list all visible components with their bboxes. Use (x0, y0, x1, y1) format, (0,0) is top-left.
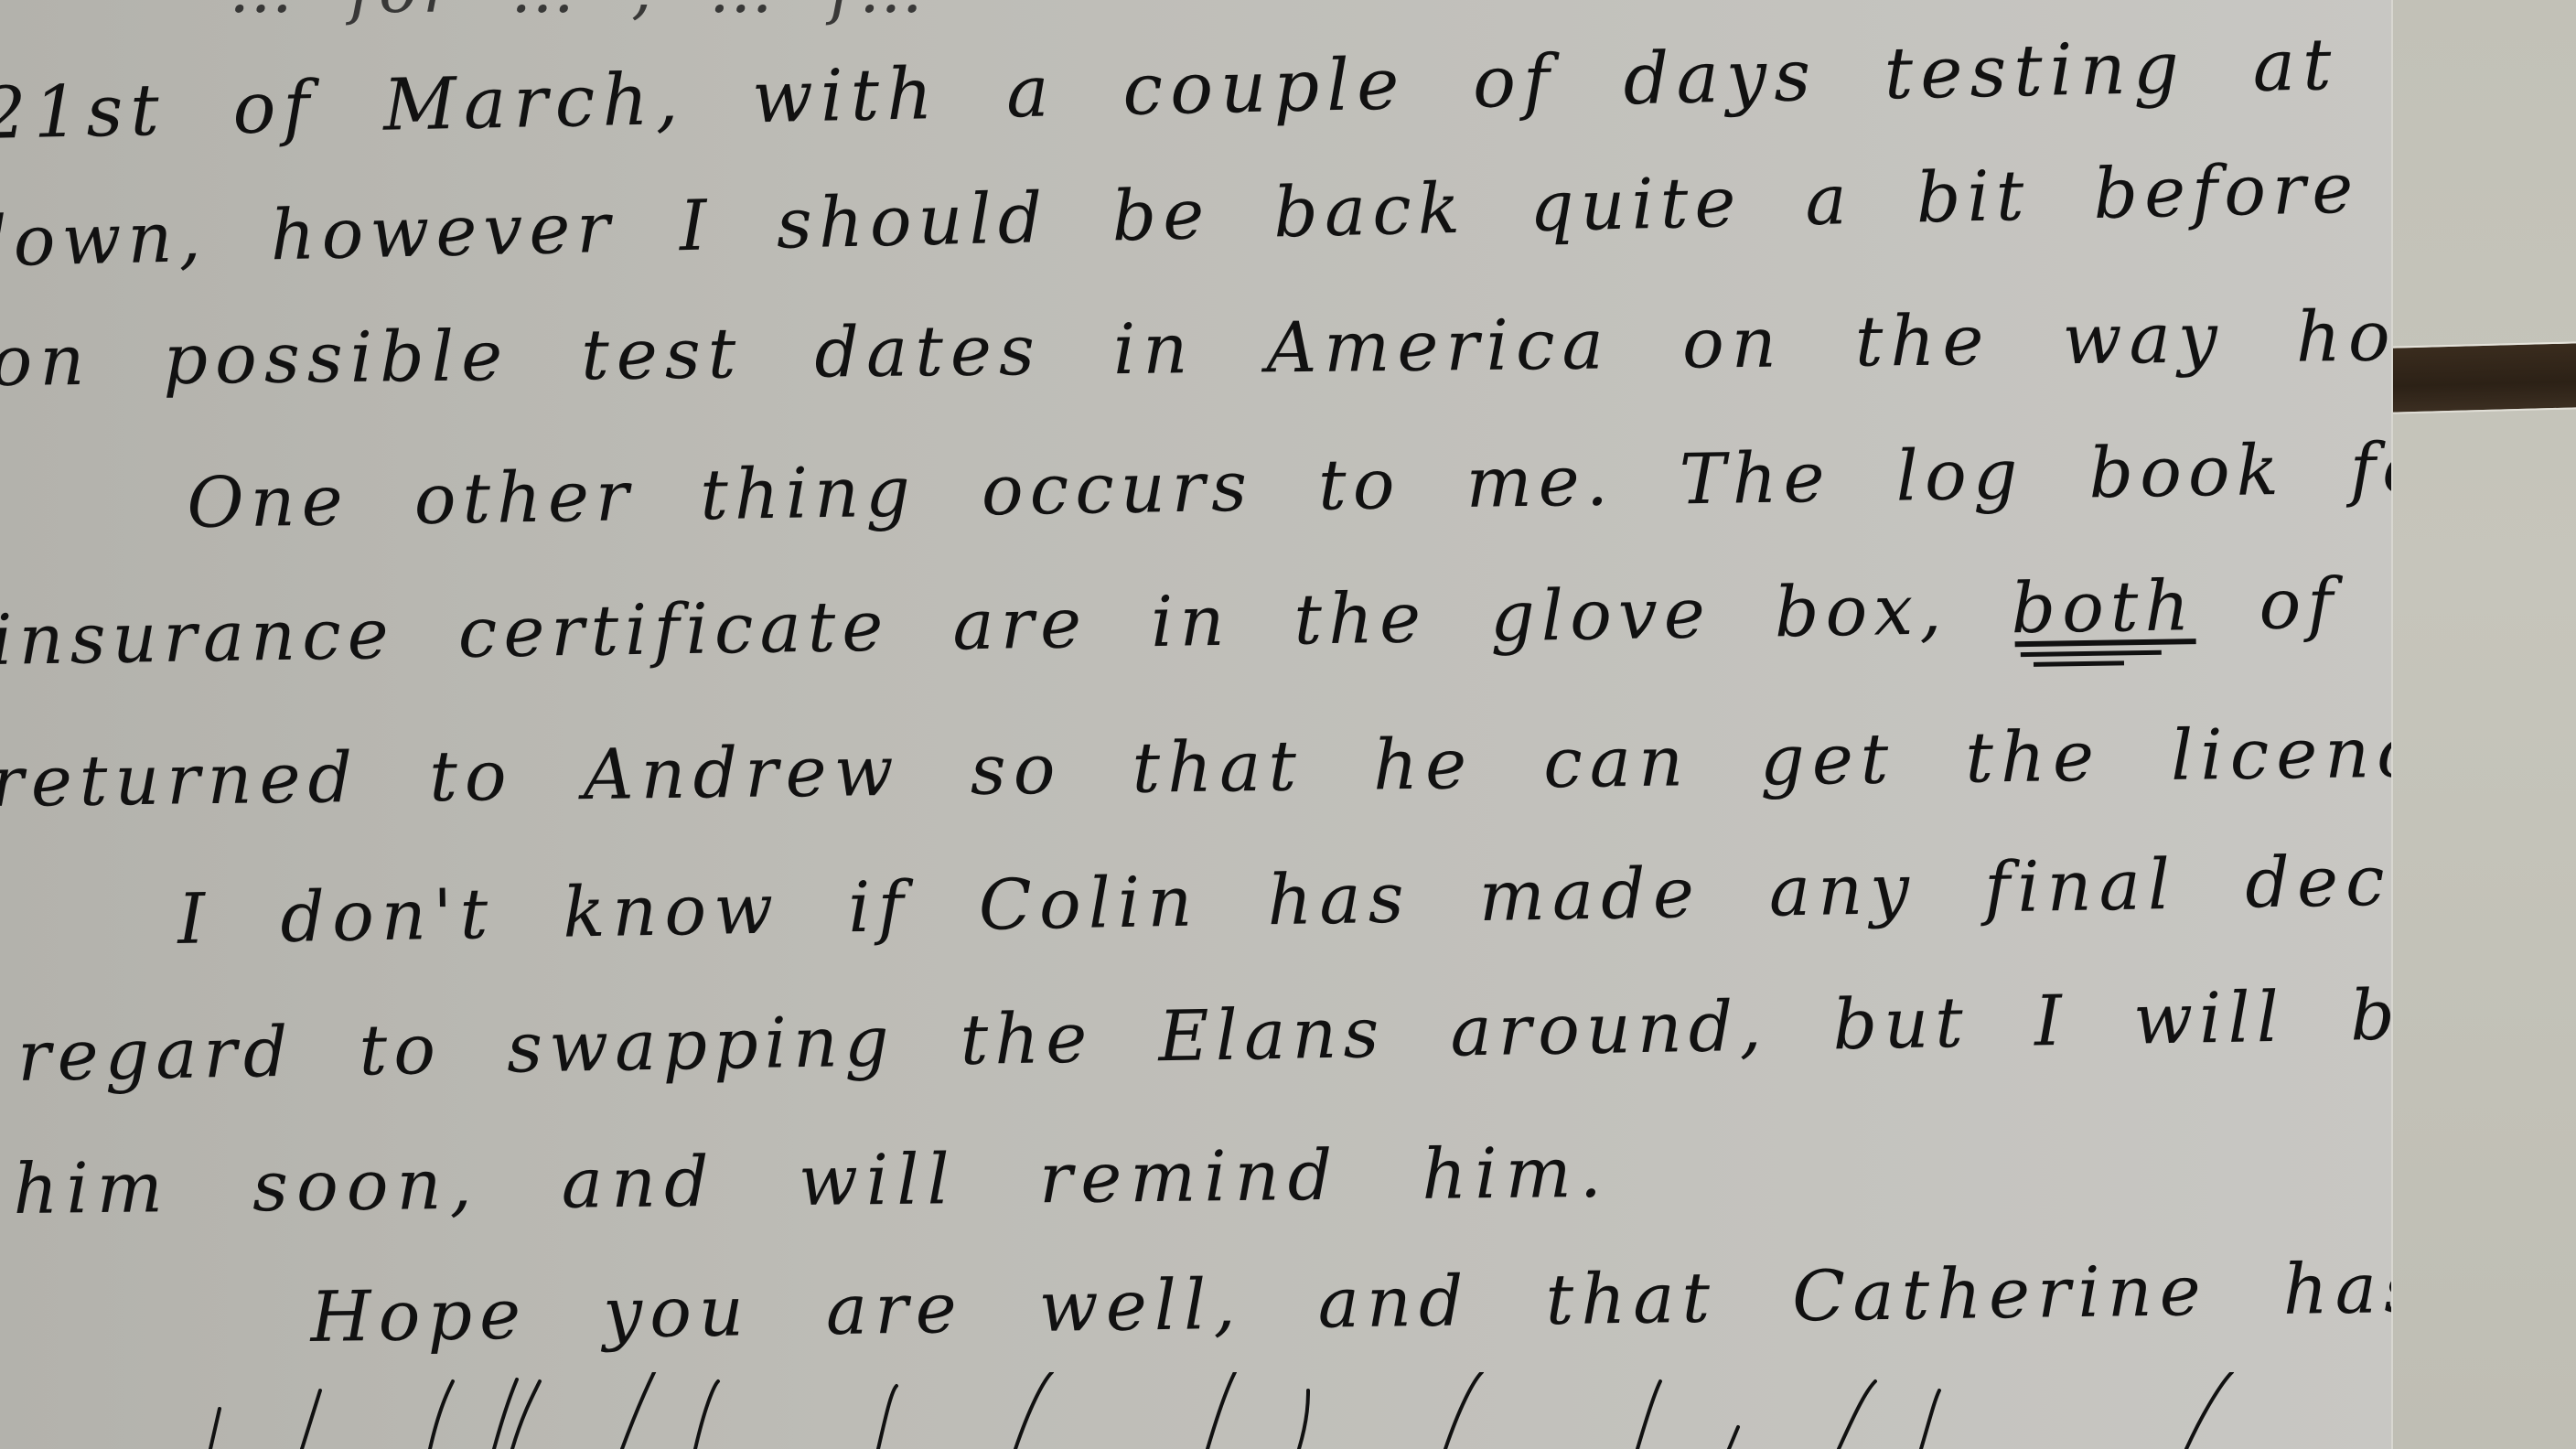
letter-line-partial-bottom (0, 1372, 2378, 1449)
background-surface (2391, 0, 2576, 1449)
letter-line-7: I don't know if Colin has made any final… (177, 832, 2576, 960)
letter-line-2: down, however I should be back quite a b… (0, 129, 2576, 283)
dark-wooden-strip (2393, 341, 2576, 413)
letter-line-5: insurance certificate are in the glove b… (0, 550, 2576, 681)
letter-paper: … for … , … f… 21st of March, with a cou… (0, 0, 2391, 1449)
letter-line-3: on possible test dates in America on the… (0, 294, 2549, 402)
emphasized-word-both: both (2011, 564, 2196, 649)
letter-line-9: him soon, and will remind him. (13, 1132, 1610, 1229)
letter-line-5-start: insurance certificate are in the glove b… (0, 567, 2012, 681)
letter-line-4: One other thing occurs to me. The log bo… (187, 415, 2576, 543)
letter-line-8: regard to swapping the Elans around, but… (16, 964, 2576, 1097)
letter-line-10: Hope you are well, and that Catherine ha… (310, 1243, 2576, 1358)
letter-line-partial-top: … for … , … f… (229, 0, 928, 27)
letter-line-6: returned to Andrew so that he can get th… (0, 705, 2576, 822)
